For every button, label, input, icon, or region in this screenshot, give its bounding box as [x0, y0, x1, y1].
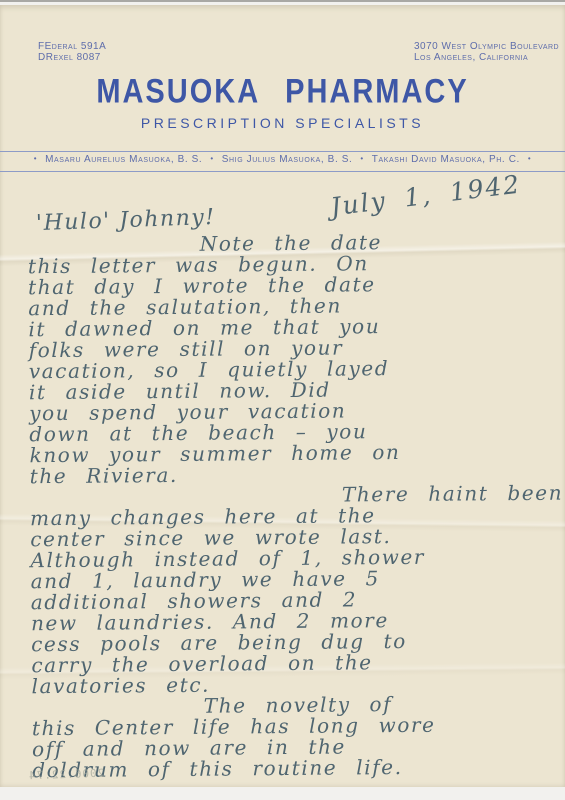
- business-tagline: PRESCRIPTION SPECIALISTS: [0, 115, 565, 131]
- bullet-separator: •: [26, 154, 45, 163]
- letter-body: Note the date this letter was begun. On …: [28, 231, 546, 781]
- phone-line-1: FEderal 591A: [38, 41, 106, 52]
- bullet-separator: •: [202, 154, 221, 163]
- scanned-letter: FEderal 591A DRexel 8087 3070 West Olymp…: [0, 0, 565, 800]
- partner-name-2: Shig Julius Masuoka, B. S.: [222, 154, 353, 165]
- letter-paper: FEderal 591A DRexel 8087 3070 West Olymp…: [0, 5, 565, 787]
- partner-name-1: Masaru Aurelius Masuoka, B. S.: [45, 154, 202, 165]
- bullet-separator: •: [352, 154, 371, 163]
- address-line-2: Los Angeles, California: [414, 52, 559, 63]
- scanner-edge: [0, 0, 565, 2]
- handwriting-line: doldrum of this routine life.: [32, 756, 545, 781]
- address-line-1: 3070 West Olympic Boulevard: [414, 41, 559, 52]
- business-address: 3070 West Olympic Boulevard Los Angeles,…: [414, 41, 559, 63]
- letterhead-rule-top: [0, 151, 565, 152]
- phone-numbers: FEderal 591A DRexel 8087: [38, 41, 106, 63]
- bullet-separator: •: [520, 154, 539, 163]
- salutation: 'Hulo' Johnny!: [36, 205, 216, 236]
- partners-row: •Masaru Aurelius Masuoka, B. S.•Shig Jul…: [0, 154, 565, 165]
- partner-name-3: Takashi David Masuoka, Ph. C.: [372, 154, 520, 165]
- letterhead-rule-bottom: [0, 171, 565, 172]
- letter-date: July 1, 1942: [329, 169, 523, 221]
- business-name: MASUOKA PHARMACY: [0, 73, 565, 112]
- accession-number: 2006.22.74: [28, 767, 105, 783]
- phone-line-2: DRexel 8087: [38, 52, 106, 63]
